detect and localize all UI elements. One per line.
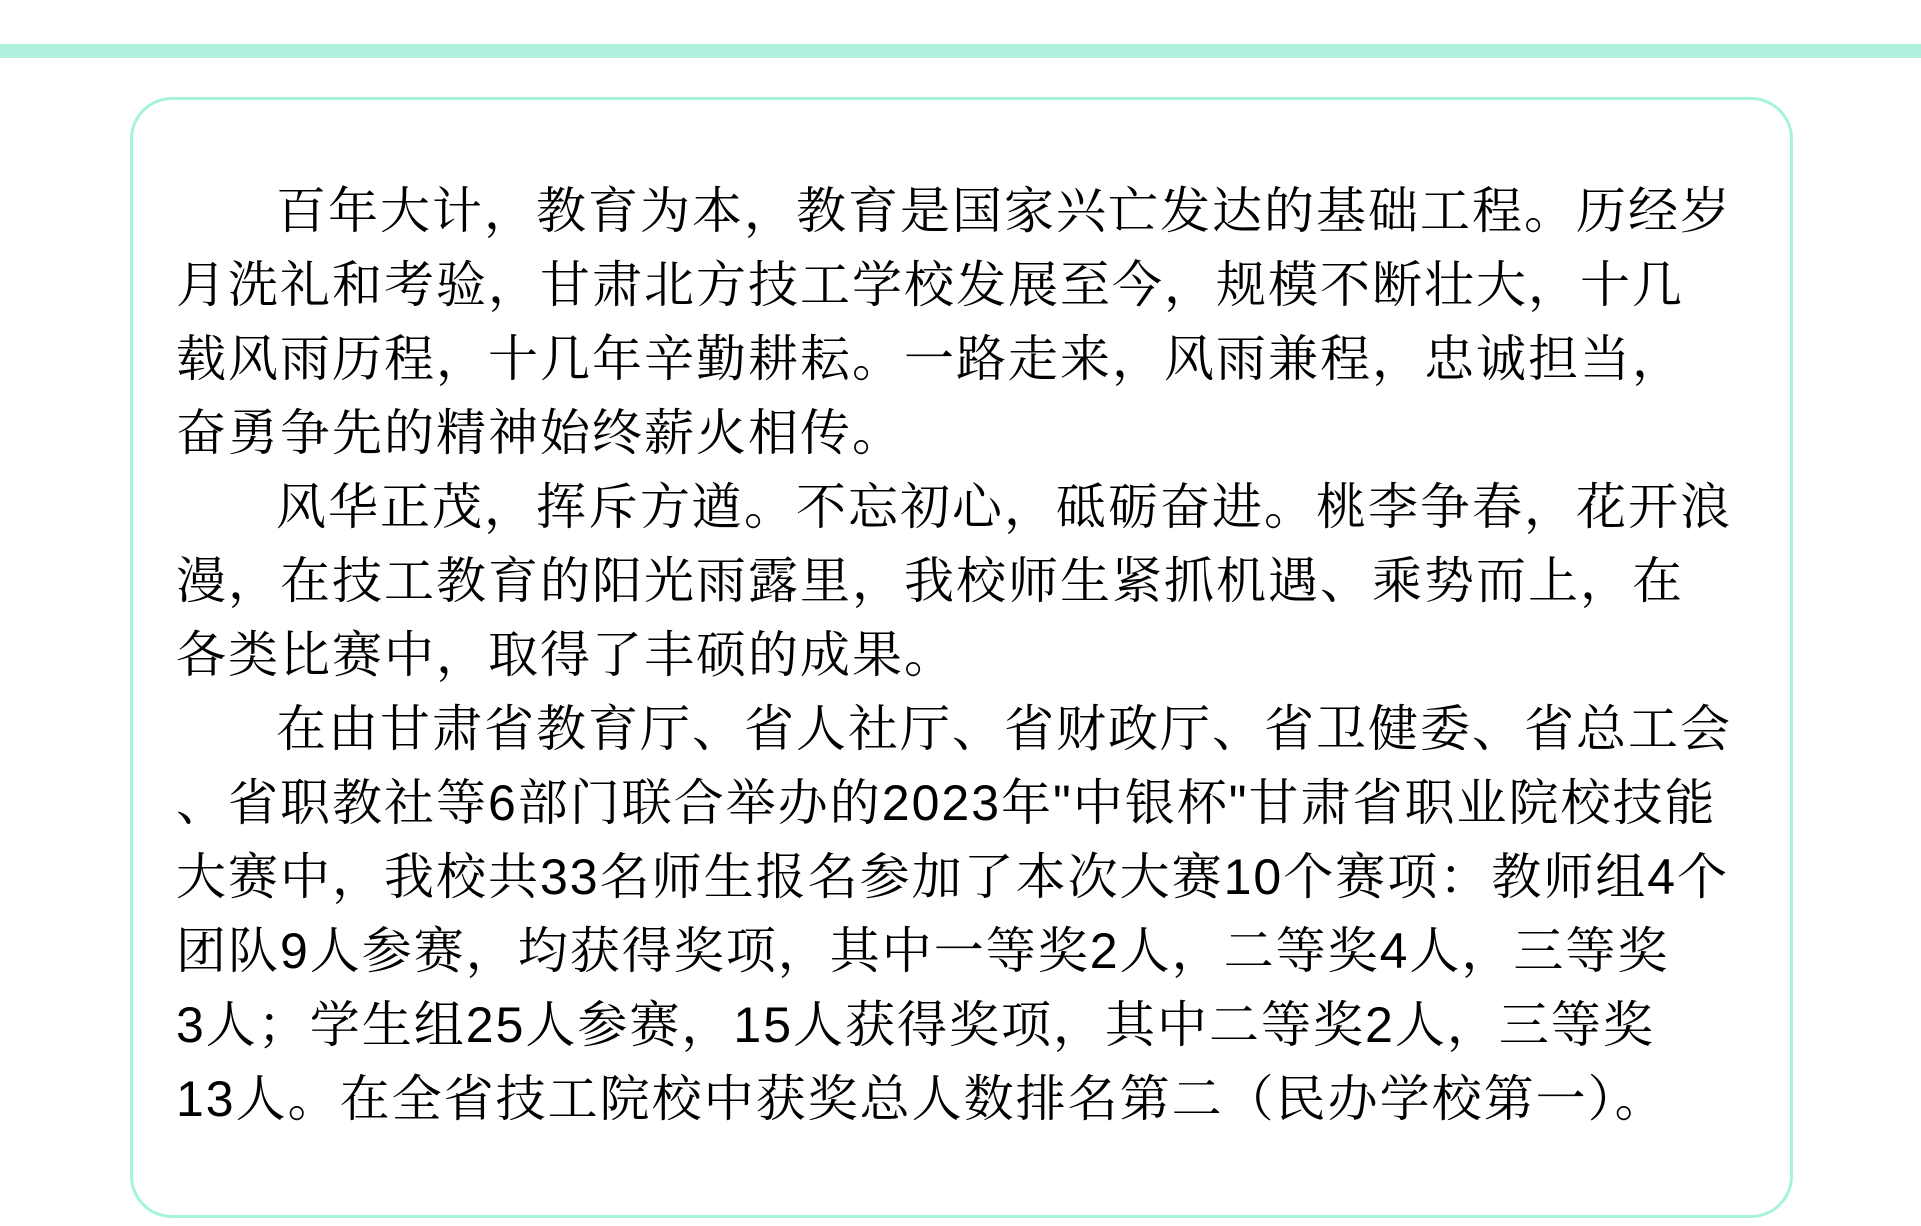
text-line: 载风雨历程，十几年辛勤耕耘。一路走来，风雨兼程，忠诚担当， bbox=[176, 322, 1776, 396]
content-card: 百年大计，教育为本，教育是国家兴亡发达的基础工程。历经岁月洗礼和考验，甘肃北方技… bbox=[130, 97, 1793, 1218]
text-line: 月洗礼和考验，甘肃北方技工学校发展至今，规模不断壮大，十几 bbox=[176, 248, 1776, 322]
text-line: 奋勇争先的精神始终薪火相传。 bbox=[176, 396, 1776, 470]
text-line: 大赛中，我校共33名师生报名参加了本次大赛10个赛项：教师组4个 bbox=[176, 840, 1776, 914]
text-line: 13人。在全省技工院校中获奖总人数排名第二（民办学校第一）。 bbox=[176, 1062, 1776, 1136]
text-line: 各类比赛中，取得了丰硕的成果。 bbox=[176, 618, 1776, 692]
text-line: 风华正茂，挥斥方遒。不忘初心，砥砺奋进。桃李争春，花开浪 bbox=[176, 470, 1776, 544]
text-line: 、省职教社等6部门联合举办的2023年"中银杯"甘肃省职业院校技能 bbox=[176, 766, 1776, 840]
text-line: 在由甘肃省教育厅、省人社厅、省财政厅、省卫健委、省总工会 bbox=[176, 692, 1776, 766]
top-accent-bar bbox=[0, 44, 1921, 58]
text-line: 百年大计，教育为本，教育是国家兴亡发达的基础工程。历经岁 bbox=[176, 174, 1776, 248]
text-line: 团队9人参赛，均获得奖项，其中一等奖2人，二等奖4人，三等奖 bbox=[176, 914, 1776, 988]
text-line: 3人；学生组25人参赛，15人获得奖项，其中二等奖2人，三等奖 bbox=[176, 988, 1776, 1062]
article-text: 百年大计，教育为本，教育是国家兴亡发达的基础工程。历经岁月洗礼和考验，甘肃北方技… bbox=[176, 174, 1776, 1136]
text-line: 漫，在技工教育的阳光雨露里，我校师生紧抓机遇、乘势而上，在 bbox=[176, 544, 1776, 618]
